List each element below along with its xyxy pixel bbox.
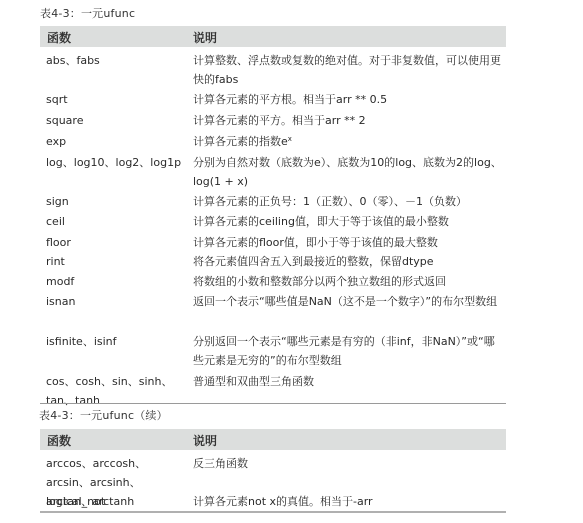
function-description: 计算各元素的ceiling值，即大于等于该值的最小整数 <box>193 212 505 231</box>
description-text: 计算各元素的指数e <box>193 135 288 148</box>
function-name: abs、fabs <box>46 51 186 70</box>
ufunc-table: 函数 说明 abs、fabs 计算整数、浮点数或复数的绝对值。对于非复数值，可以… <box>40 26 506 47</box>
function-name: modf <box>46 272 186 291</box>
header-function: 函数 <box>47 432 71 449</box>
table-caption: 表4-3：一元ufunc <box>40 5 135 21</box>
function-description: 计算各元素not x的真值。相当于-arr <box>193 492 505 511</box>
function-description: 将各元素值四舍五入到最接近的整数，保留dtype <box>193 252 505 271</box>
function-name: sign <box>46 192 186 211</box>
function-description: 计算各元素的指数ex <box>193 132 505 151</box>
function-name: isfinite、isinf <box>46 332 186 351</box>
function-name: isnan <box>46 292 186 311</box>
function-description: 返回一个表示“哪些值是NaN（这不是一个数字）”的布尔型数组 <box>193 292 505 311</box>
function-name: floor <box>46 233 186 252</box>
function-description: 分别为自然对数（底数为e）、底数为10的log、底数为2的log、log(1 +… <box>193 153 505 191</box>
function-description: 计算各元素的平方。相当于arr ** 2 <box>193 111 505 130</box>
function-description: 分别返回一个表示“哪些元素是有穷的（非inf，非NaN）”或“哪些元素是无穷的”… <box>193 332 505 370</box>
function-name: log、log10、log2、log1p <box>46 153 186 172</box>
function-description: 普通型和双曲型三角函数 <box>193 372 505 391</box>
function-name: sqrt <box>46 90 186 109</box>
header-description: 说明 <box>193 29 217 46</box>
function-name: logical_not <box>46 492 186 511</box>
function-name: rint <box>46 252 186 271</box>
function-name: cos、cosh、sin、sinh、tan、tanh <box>46 372 186 410</box>
function-name: exp <box>46 132 186 151</box>
function-description: 计算整数、浮点数或复数的绝对值。对于非复数值，可以使用更快的fabs <box>193 51 505 89</box>
function-description: 将数组的小数和整数部分以两个独立数组的形式返回 <box>193 272 505 291</box>
function-name: ceil <box>46 212 186 231</box>
table-caption-continued: 表4-3：一元ufunc（续） <box>39 407 168 423</box>
table-header: 函数 说明 <box>40 26 506 47</box>
function-name: square <box>46 111 186 130</box>
superscript: x <box>288 135 292 143</box>
table-divider <box>40 403 506 404</box>
ufunc-table-continued: 函数 说明 arccos、arccosh、arcsin、arcsinh、arct… <box>40 429 506 450</box>
function-description: 计算各元素的正负号：1（正数）、0（零）、－1（负数） <box>193 192 505 211</box>
table-header: 函数 说明 <box>40 429 506 450</box>
function-description: 计算各元素的平方根。相当于arr ** 0.5 <box>193 90 505 109</box>
header-description: 说明 <box>193 432 217 449</box>
header-function: 函数 <box>47 29 71 46</box>
table-bottom-border <box>40 511 506 513</box>
function-description: 计算各元素的floor值，即小于等于该值的最大整数 <box>193 233 505 252</box>
function-description: 反三角函数 <box>193 454 505 473</box>
